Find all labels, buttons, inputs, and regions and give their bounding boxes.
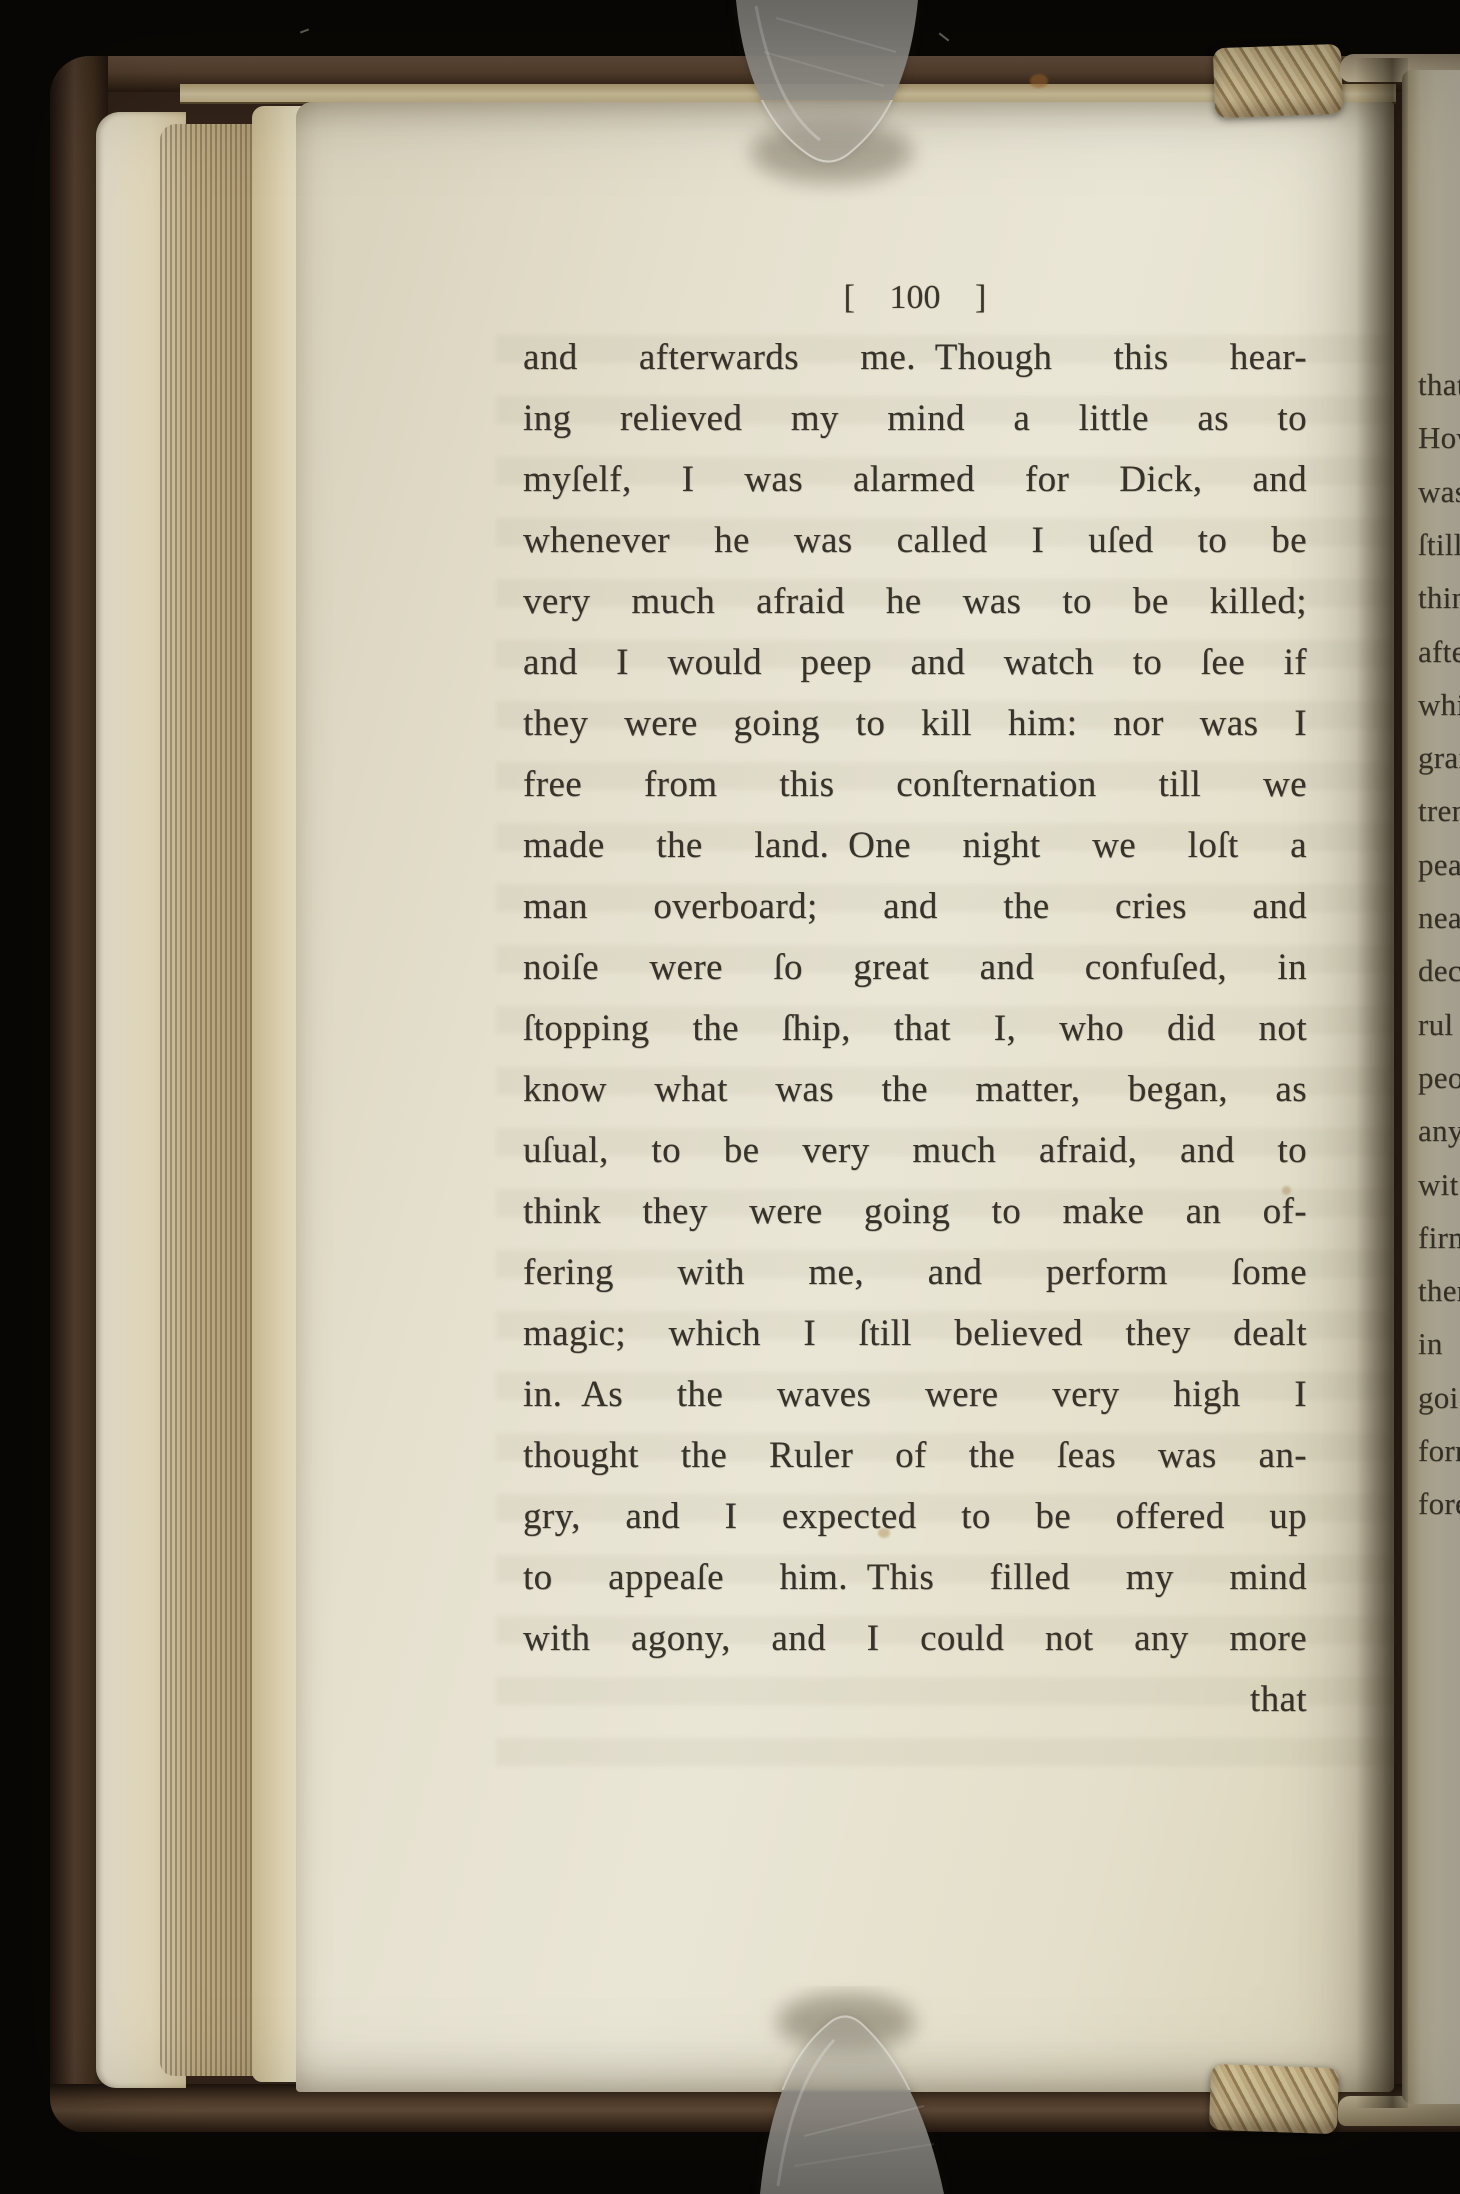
text-line: to appeaſe him. This filled my mind: [523, 1547, 1307, 1608]
partial-text-line: ſtill: [1418, 528, 1460, 562]
text-line: thought the Ruler of the ſeas was an-: [523, 1425, 1307, 1486]
paper-stain: [1282, 1186, 1291, 1195]
text-line: gry, and I expected to be offered up: [523, 1486, 1307, 1547]
transparent-strap-bottom: [734, 1986, 974, 2194]
right-page-partial-text: thatHowwasſtillthinkafterwhicgrantrenpea…: [1402, 0, 1460, 2194]
partial-text-line: that: [1418, 368, 1460, 402]
partial-text-line: peo: [1418, 1061, 1460, 1095]
tailband-weave: [1209, 2064, 1339, 2134]
text-line: noiſe were ſo great and confuſed, in: [523, 937, 1307, 998]
partial-text-line: fore: [1418, 1487, 1460, 1521]
page-text-block: and afterwards me. Though this hear-ing …: [523, 327, 1307, 1730]
text-line: whenever he was called I uſed to be: [523, 510, 1307, 571]
text-line: think they were going to make an of-: [523, 1181, 1307, 1242]
partial-text-line: wit: [1418, 1168, 1459, 1202]
dust-fiber: [300, 29, 309, 34]
text-line: and I would peep and watch to ſee if: [523, 632, 1307, 693]
text-line: fering with me, and perform ſome: [523, 1242, 1307, 1303]
partial-text-line: tren: [1418, 794, 1460, 828]
partial-text-line: after: [1418, 635, 1460, 669]
text-line: free from this conſternation till we: [523, 754, 1307, 815]
headband-weave: [1213, 44, 1343, 118]
text-line: in. As the waves were very high I: [523, 1364, 1307, 1425]
paper-stain: [878, 1528, 890, 1538]
partial-text-line: think: [1418, 581, 1460, 615]
text-line: made the land. One night we loſt a: [523, 815, 1307, 876]
partial-text-line: near: [1418, 901, 1460, 935]
gutter-shadow: [1356, 58, 1408, 2108]
text-line: with agony, and I could not any more: [523, 1608, 1307, 1669]
text-line: very much afraid he was to be killed;: [523, 571, 1307, 632]
partial-text-line: whic: [1418, 688, 1460, 722]
text-line: ſtopping the ſhip, that I, who did not: [523, 998, 1307, 1059]
text-line: magic; which I ſtill believed they dealt: [523, 1303, 1307, 1364]
text-line: uſual, to be very much afraid, and to: [523, 1120, 1307, 1181]
partial-text-line: pear: [1418, 848, 1460, 882]
page-number: [ 100 ]: [523, 274, 1307, 322]
partial-text-line: How: [1418, 421, 1460, 455]
text-line: myſelf, I was alarmed for Dick, and: [523, 449, 1307, 510]
text-line: they were going to kill him: nor was I: [523, 693, 1307, 754]
partial-text-line: was: [1418, 475, 1460, 509]
partial-text-line: rul: [1418, 1008, 1453, 1042]
left-page: [ 100 ] and afterwards me. Though this h…: [296, 102, 1394, 2092]
text-line: and afterwards me. Though this hear-: [523, 327, 1307, 388]
transparent-strap-top: [716, 0, 956, 200]
partial-text-line: firm: [1418, 1221, 1460, 1255]
text-line: man overboard; and the cries and: [523, 876, 1307, 937]
paper-stain: [1030, 74, 1048, 88]
partial-text-line: goi: [1418, 1381, 1459, 1415]
partial-text-line: gran: [1418, 741, 1460, 775]
body-text: and afterwards me. Though this hear-ing …: [523, 327, 1307, 1669]
partial-text-line: in: [1418, 1327, 1443, 1361]
partial-text-line: deck: [1418, 954, 1460, 988]
catchword: that: [523, 1669, 1307, 1730]
partial-text-line: forn: [1418, 1434, 1460, 1468]
book-photograph: [ 100 ] and afterwards me. Though this h…: [0, 0, 1460, 2194]
text-line: know what was the matter, began, as: [523, 1059, 1307, 1120]
text-line: ing relieved my mind a little as to: [523, 388, 1307, 449]
partial-text-line: ther: [1418, 1274, 1460, 1308]
partial-text-line: any: [1418, 1114, 1460, 1148]
